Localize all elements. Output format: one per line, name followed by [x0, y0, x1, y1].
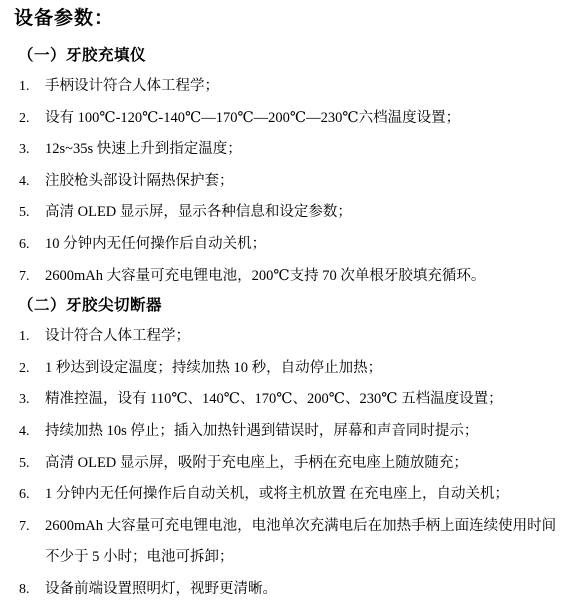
list-item-number: 1. [14, 71, 45, 103]
list-item-number: 3. [14, 384, 45, 416]
list-item-number: 7. [14, 511, 45, 543]
section-heading: （一）牙胶充填仪 [18, 45, 562, 67]
list-item: 7.2600mAh 大容量可充电锂电池，电池单次充满电后在加热手柄上面连续使用时… [14, 511, 562, 574]
list-item-text: 精准控温，设有 110℃、140℃、170℃、200℃、230℃ 五档温度设置； [45, 384, 562, 416]
list-item-number: 1. [14, 321, 45, 353]
document-page: 设备参数： （一）牙胶充填仪 1.手柄设计符合人体工程学；2.设有 100℃-1… [0, 0, 584, 606]
list-item: 3.精准控温，设有 110℃、140℃、170℃、200℃、230℃ 五档温度设… [14, 384, 562, 416]
section-gutta-percha-filler: （一）牙胶充填仪 1.手柄设计符合人体工程学；2.设有 100℃-120℃-14… [14, 45, 562, 292]
list-item-number: 4. [14, 416, 45, 448]
list-item: 4.持续加热 10s 停止；插入加热针遇到错误时，屏幕和声音同时提示； [14, 416, 562, 448]
list-item: 6.10 分钟内无任何操作后自动关机； [14, 229, 562, 261]
list-item: 3.12s~35s 快速上升到指定温度； [14, 134, 562, 166]
list-item: 4.注胶枪头部设计隔热保护套； [14, 166, 562, 198]
list-item-text: 手柄设计符合人体工程学； [45, 71, 562, 103]
list-item-number: 4. [14, 166, 45, 198]
numbered-list: 1.设计符合人体工程学；2.1 秒达到设定温度；持续加热 10 秒，自动停止加热… [14, 321, 562, 605]
list-item-number: 8. [14, 574, 45, 606]
list-item-number: 5. [14, 197, 45, 229]
list-item-number: 3. [14, 134, 45, 166]
page-title: 设备参数： [14, 6, 562, 32]
list-item: 7.2600mAh 大容量可充电锂电池，200℃支持 70 次单根牙胶填充循环。 [14, 261, 562, 293]
list-item-text: 高清 OLED 显示屏，吸附于充电座上，手柄在充电座上随放随充； [45, 448, 562, 480]
list-item: 1.手柄设计符合人体工程学； [14, 71, 562, 103]
list-item-number: 6. [14, 479, 45, 511]
list-item: 2.1 秒达到设定温度；持续加热 10 秒，自动停止加热； [14, 353, 562, 385]
list-item: 6.1 分钟内无任何操作后自动关机，或将主机放置 在充电座上，自动关机； [14, 479, 562, 511]
list-item-text: 高清 OLED 显示屏，显示各种信息和设定参数； [45, 197, 562, 229]
list-item-text: 设有 100℃-120℃-140℃—170℃—200℃—230℃六档温度设置； [45, 103, 562, 135]
list-item-text: 设计符合人体工程学； [45, 321, 562, 353]
list-item-number: 2. [14, 353, 45, 385]
list-item-number: 2. [14, 103, 45, 135]
section-heading: （二）牙胶尖切断器 [18, 295, 562, 317]
numbered-list: 1.手柄设计符合人体工程学；2.设有 100℃-120℃-140℃—170℃—2… [14, 71, 562, 292]
list-item-text: 持续加热 10s 停止；插入加热针遇到错误时，屏幕和声音同时提示； [45, 416, 562, 448]
list-item: 1.设计符合人体工程学； [14, 321, 562, 353]
list-item-number: 6. [14, 229, 45, 261]
list-item-text: 注胶枪头部设计隔热保护套； [45, 166, 562, 198]
list-item: 5.高清 OLED 显示屏，吸附于充电座上，手柄在充电座上随放随充； [14, 448, 562, 480]
list-item-text: 2600mAh 大容量可充电锂电池，电池单次充满电后在加热手柄上面连续使用时间不… [45, 511, 562, 574]
list-item: 8.设备前端设置照明灯，视野更清晰。 [14, 574, 562, 606]
list-item-text: 2600mAh 大容量可充电锂电池，200℃支持 70 次单根牙胶填充循环。 [45, 261, 562, 293]
list-item-text: 12s~35s 快速上升到指定温度； [45, 134, 562, 166]
list-item-text: 10 分钟内无任何操作后自动关机； [45, 229, 562, 261]
section-gutta-percha-cutter: （二）牙胶尖切断器 1.设计符合人体工程学；2.1 秒达到设定温度；持续加热 1… [14, 295, 562, 605]
list-item-text: 1 秒达到设定温度；持续加热 10 秒，自动停止加热； [45, 353, 562, 385]
list-item-number: 5. [14, 448, 45, 480]
list-item-number: 7. [14, 261, 45, 293]
list-item-text: 1 分钟内无任何操作后自动关机，或将主机放置 在充电座上，自动关机； [45, 479, 562, 511]
list-item: 2.设有 100℃-120℃-140℃—170℃—200℃—230℃六档温度设置… [14, 103, 562, 135]
list-item-text: 设备前端设置照明灯，视野更清晰。 [45, 574, 562, 606]
list-item: 5.高清 OLED 显示屏，显示各种信息和设定参数； [14, 197, 562, 229]
